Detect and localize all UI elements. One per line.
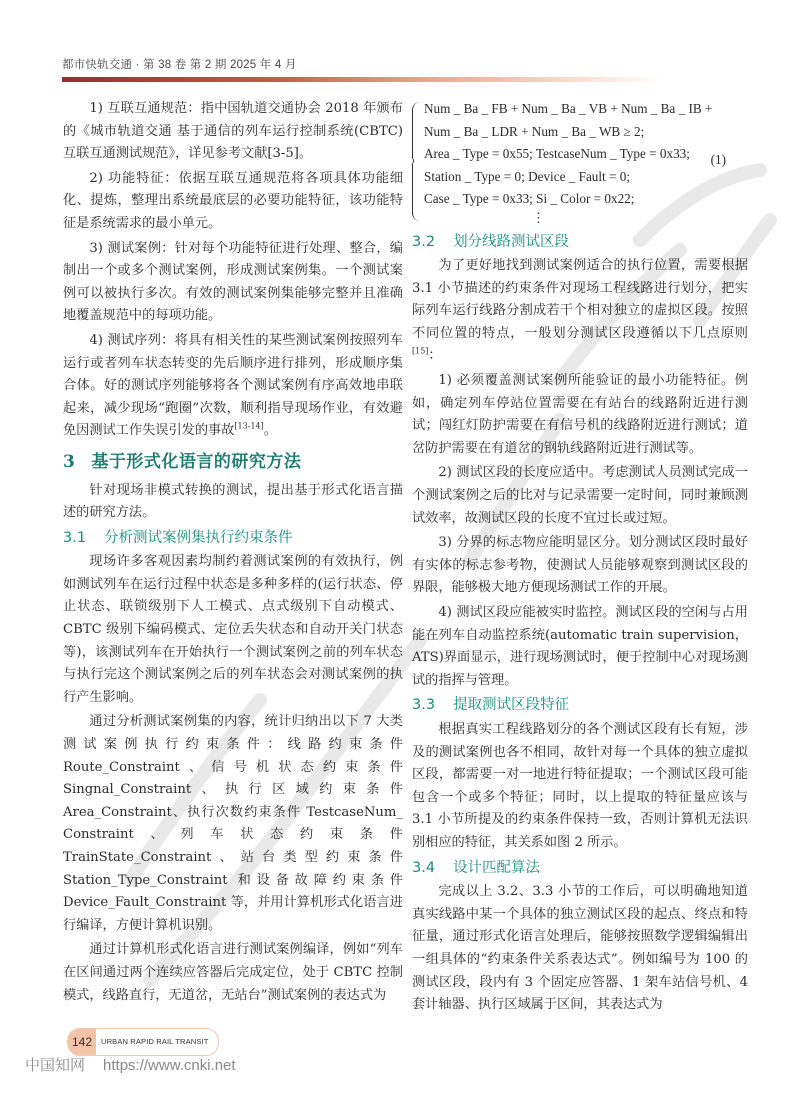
paragraph: 通过计算机形式化语言进行测试案例编译，例如“列车在区间通过两个连续应答器后完成定… [63, 939, 403, 1007]
punctuation: 。 [264, 423, 277, 438]
page-footer-badge: 142 URBAN RAPID RAIL TRANSIT [67, 1028, 219, 1056]
citation: [15] [412, 347, 428, 356]
principle-item: 4) 测试区段应能被实时监控。测试区段的空闲与占用能在列车自动监控系统(auto… [412, 602, 748, 692]
page-number: 142 [68, 1029, 96, 1055]
left-column: 1) 互联互通规范：指中国轨道交通协会 2018 年颁布的《城市轨道交通 基于通… [63, 98, 403, 1009]
section-number: 3.4 [412, 860, 435, 876]
paragraph-text: 为了更好地找到测试案例适合的执行位置，需要根据 3.1 小节描述的约束条件对现场… [412, 258, 748, 341]
principle-item: 2) 测试区段的长度应适中。考虑测试人员测试完成一个测试案例之后的比对与记录需要… [412, 462, 748, 530]
section-title: 设计匹配算法 [453, 860, 540, 876]
paragraph-test-sequence: 4) 测试序列：将具有相关性的某些测试案例按照列车运行或者列车状态转变的先后顺序… [63, 330, 403, 443]
paragraph: 根据真实工程线路划分的各个测试区段有长有短，涉及的测试案例也各不相同，故针对每一… [412, 719, 748, 855]
principle-item: 1) 必须覆盖测试案例所能验证的最小功能特征。例如，确定列车停站位置需要在有站台… [412, 370, 748, 460]
paragraph: 完成以上 3.2、3.3 小节的工作后，可以明确地知道真实线路中某一个具体的独立… [412, 881, 748, 1017]
citation: [13-14] [234, 422, 263, 431]
equation-line: Station _ Type = 0; Device _ Fault = 0; [424, 166, 748, 189]
section-heading-3-2: 3.2划分线路测试区段 [412, 231, 748, 254]
equation-line: Case _ Type = 0x33; Si _ Color = 0x22; [424, 188, 748, 211]
site-url[interactable]: https://www.cnki.net [103, 1057, 236, 1074]
section-heading-3: 3基于形式化语言的研究方法 [63, 451, 403, 474]
section-number: 3.1 [63, 530, 86, 546]
punctuation: ： [428, 348, 441, 363]
vertical-ellipsis-icon: ⋮ [424, 211, 748, 225]
paragraph: 为了更好地找到测试案例适合的执行位置，需要根据 3.1 小节描述的约束条件对现场… [412, 255, 748, 368]
equation-line: Area _ Type = 0x55; TestcaseNum _ Type =… [424, 143, 748, 166]
section-number: 3 [63, 452, 75, 472]
equation-number: (1) [711, 149, 726, 172]
paragraph: 3) 测试案例：针对每个功能特征进行处理、整合，编制出一个或多个测试案例，形成测… [63, 238, 403, 328]
paragraph: 2) 功能特征：依据互联互通规范将各项具体功能细化、提炼，整理出系统最底层的必要… [63, 168, 403, 236]
section-title: 提取测试区段特征 [453, 697, 569, 713]
cnki-watermark: 中国知网https://www.cnki.net [25, 1054, 236, 1075]
left-brace-icon [412, 102, 421, 221]
section-heading-3-1: 3.1分析测试案例集执行约束条件 [63, 527, 403, 550]
paragraph: 通过分析测试案例集的内容，统计归纳出以下 7 大类测试案例执行约束条件：线路约束… [63, 711, 403, 937]
header-rule [62, 77, 662, 82]
section-title: 分析测试案例集执行约束条件 [104, 530, 293, 546]
equation-line: Num _ Ba _ FB + Num _ Ba _ VB + Num _ Ba… [424, 98, 748, 121]
section-number: 3.2 [412, 234, 435, 250]
principle-item: 3) 分界的标志物应能明显区分。划分测试区段时最好有实体的标志参考物，使测试人员… [412, 532, 748, 600]
equation-1: Num _ Ba _ FB + Num _ Ba _ VB + Num _ Ba… [412, 98, 748, 225]
equation-line: Num _ Ba _ LDR + Num _ Ba _ WB ≥ 2; [424, 121, 748, 144]
paragraph-text: 4) 测试序列：将具有相关性的某些测试案例按照列车运行或者列车状态转变的先后顺序… [63, 333, 403, 438]
section-heading-3-3: 3.3提取测试区段特征 [412, 694, 748, 717]
section-title: 基于形式化语言的研究方法 [91, 452, 301, 472]
journal-english-title: URBAN RAPID RAIL TRANSIT [101, 1029, 208, 1055]
right-column: Num _ Ba _ FB + Num _ Ba _ VB + Num _ Ba… [412, 98, 748, 1019]
running-head: 都市快轨交通 · 第 38 卷 第 2 期 2025 年 4 月 [62, 56, 297, 72]
section-title: 划分线路测试区段 [453, 234, 569, 250]
section-number: 3.3 [412, 697, 435, 713]
paragraph: 现场许多客观因素均制约着测试案例的有效执行，例如测试列车在运行过程中状态是多种多… [63, 551, 403, 709]
section-heading-3-4: 3.4设计匹配算法 [412, 857, 748, 880]
paragraph: 针对现场非模式转换的测试，提出基于形式化语言描述的研究方法。 [63, 480, 403, 525]
paragraph: 1) 互联互通规范：指中国轨道交通协会 2018 年颁布的《城市轨道交通 基于通… [63, 98, 403, 166]
site-name: 中国知网 [25, 1057, 85, 1074]
